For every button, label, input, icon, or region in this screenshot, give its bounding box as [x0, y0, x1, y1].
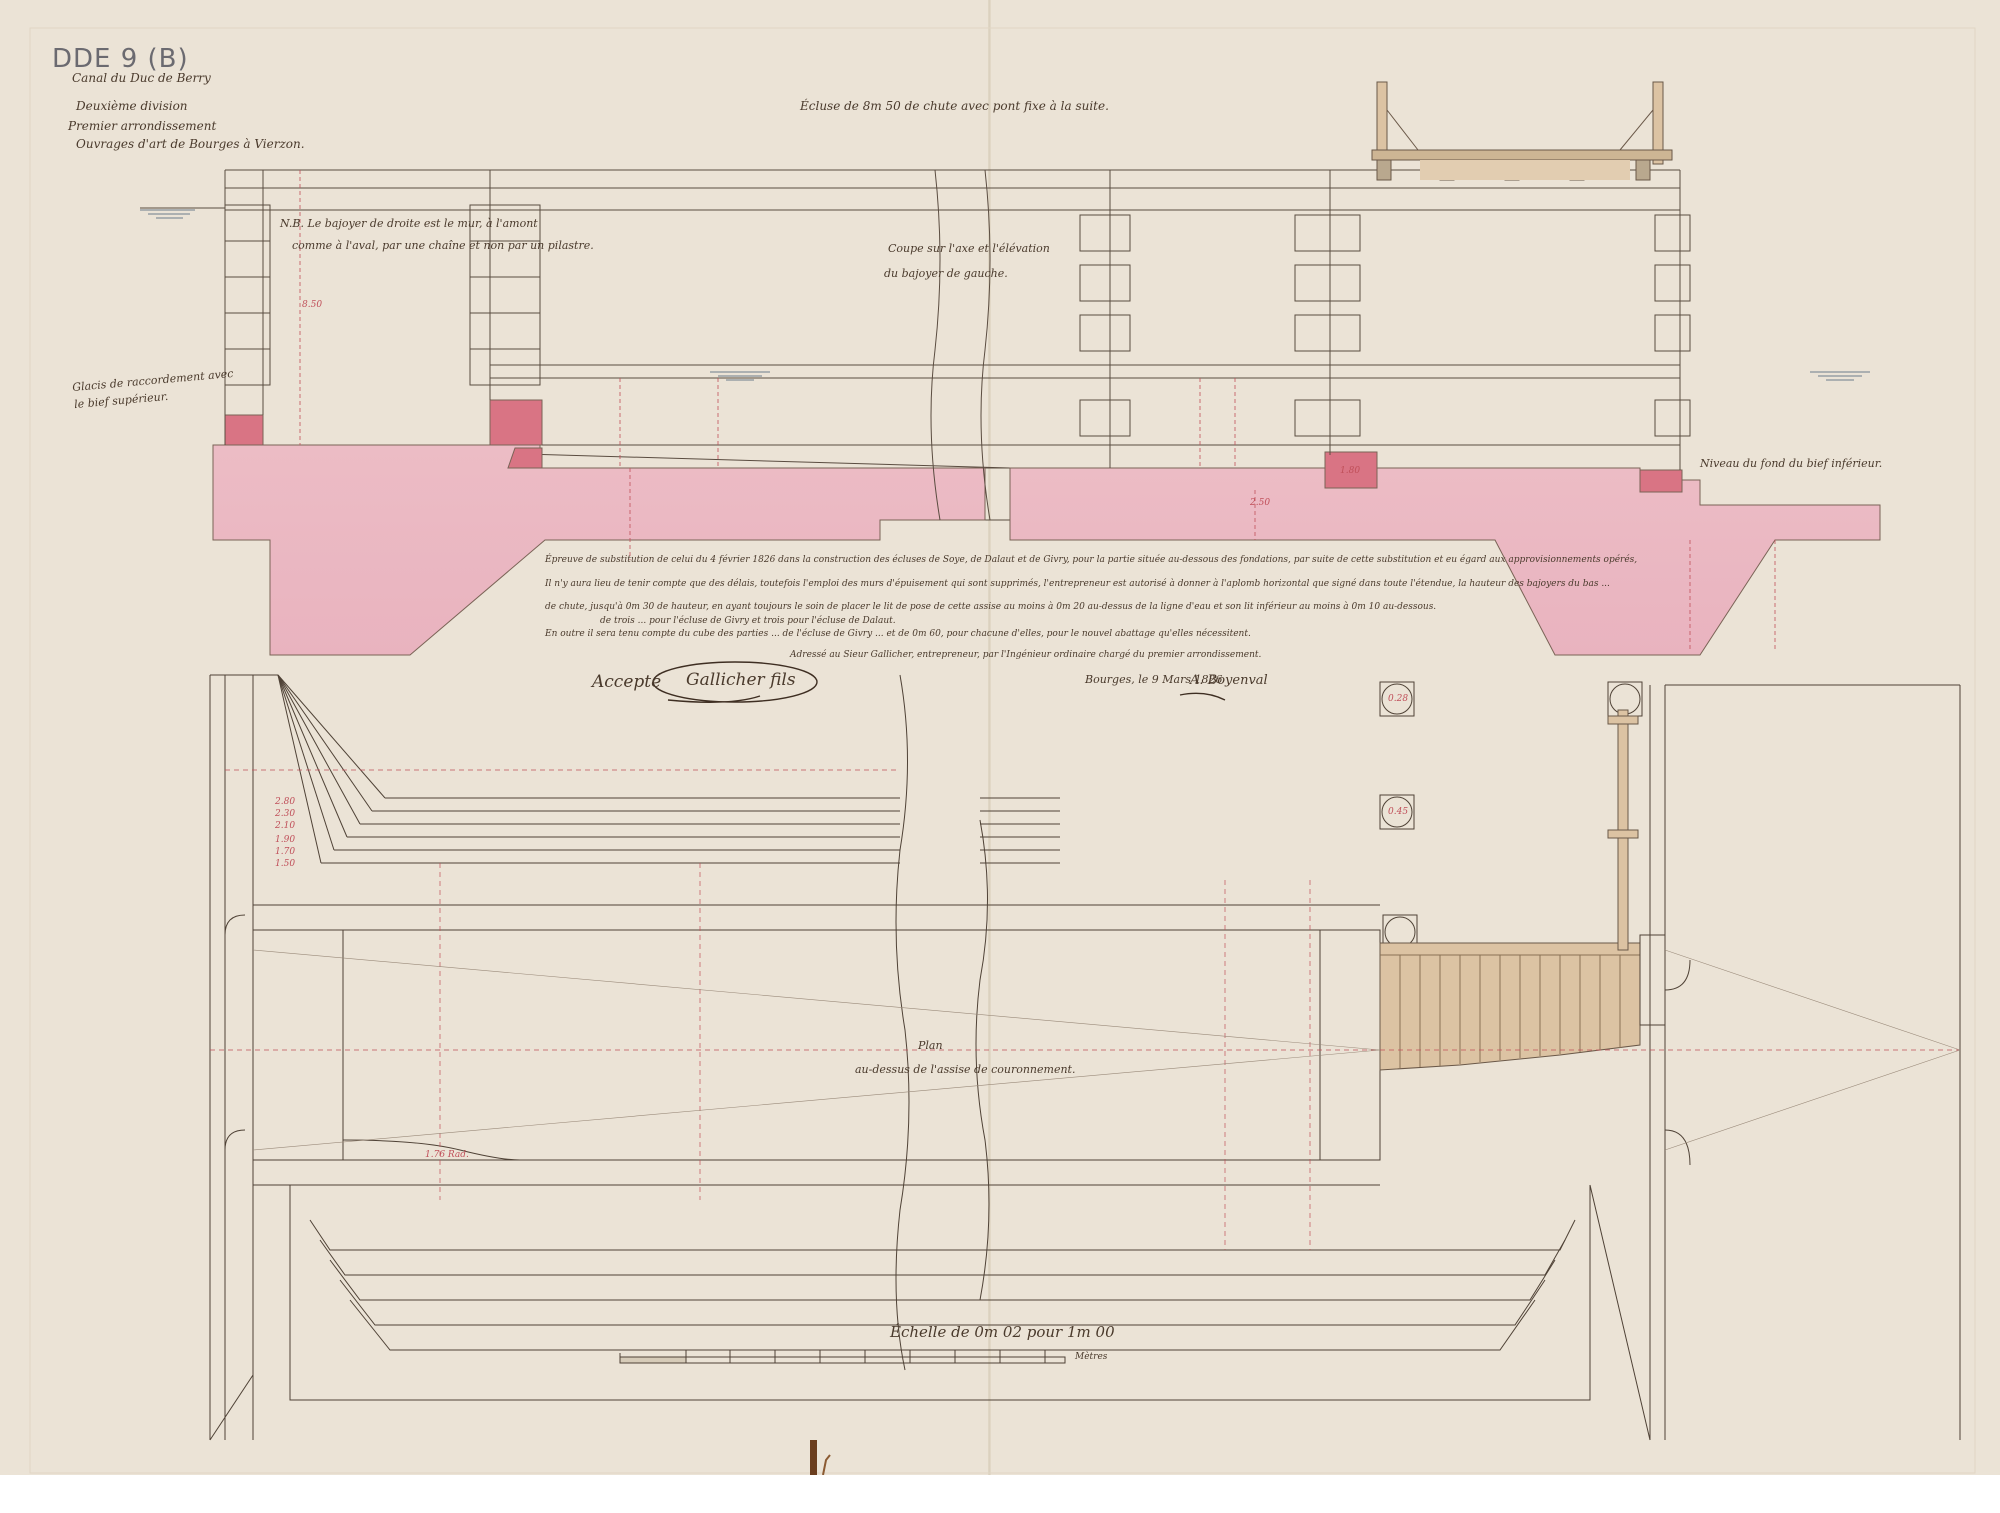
wall-step-dim: 2.80 — [275, 797, 295, 807]
post-dimension: 0.45 — [1388, 807, 1408, 817]
spec-line-5: En outre il sera tenu compte du cube des… — [545, 630, 1251, 639]
curve-dimension: 1.76 Rad. — [425, 1150, 469, 1160]
archive-stamp: DDE 9 (B) — [52, 44, 189, 74]
scan-background — [0, 1475, 2000, 1513]
wall-step-dim: 1.50 — [275, 859, 295, 869]
contractor-signature: Gallicher fils — [686, 672, 796, 689]
nb-note-line-1: N.B. Le bajoyer de droite est le mur, à … — [280, 218, 538, 229]
approval-word: Accepté — [592, 674, 661, 691]
header-line-4: Ouvrages d'art de Bourges à Vierzon. — [76, 138, 305, 150]
dimension-label: 2.50 — [1250, 498, 1270, 508]
dimension-label: 8.50 — [302, 300, 322, 310]
spec-line-2: Il n'y aura lieu de tenir compte que des… — [545, 580, 1610, 589]
header-line-1: Canal du Duc de Berry — [72, 72, 211, 84]
engineer-signature: A. Boyenval — [1190, 674, 1268, 687]
center-note-line-1: Coupe sur l'axe et l'élévation — [888, 243, 1050, 254]
scale-unit: Mètres — [1075, 1353, 1107, 1362]
post-dimension: 0.28 — [1388, 694, 1408, 704]
wall-step-dim: 2.10 — [275, 821, 295, 831]
wall-step-dim: 2.30 — [275, 809, 295, 819]
elevation-section — [140, 82, 1880, 655]
elevation-title: Écluse de 8m 50 de chute avec pont fixe … — [800, 100, 1109, 112]
header-line-3: Premier arrondissement — [68, 120, 216, 132]
plan-note: au-dessus de l'assise de couronnement. — [855, 1064, 1075, 1075]
scale-title: Échelle de 0m 02 pour 1m 00 — [890, 1325, 1115, 1340]
spec-line-4: de trois ... pour l'écluse de Givry et t… — [600, 617, 896, 626]
plan-label: Plan — [918, 1040, 943, 1051]
header-line-2: Deuxième division — [76, 100, 188, 112]
scale-bar-graphic — [620, 1350, 1065, 1363]
nb-note-line-2: comme à l'aval, par une chaîne et non pa… — [292, 240, 594, 251]
spec-line-1: Épreuve de substitution de celui du 4 fé… — [545, 556, 1637, 565]
dimension-label: 1.80 — [1340, 466, 1360, 476]
level-note: Niveau du fond du bief inférieur. — [1700, 458, 1882, 469]
wall-step-dim: 1.70 — [275, 847, 295, 857]
spec-line-6: Adressé au Sieur Gallicher, entrepreneur… — [790, 651, 1261, 660]
center-note-line-2: du bajoyer de gauche. — [884, 268, 1008, 279]
wall-step-dim: 1.90 — [275, 835, 295, 845]
drawing-sheet: DDE 9 (B) Canal du Duc de Berry Deuxième… — [0, 0, 2000, 1513]
spec-line-3: de chute, jusqu'à 0m 30 de hauteur, en a… — [545, 603, 1436, 612]
